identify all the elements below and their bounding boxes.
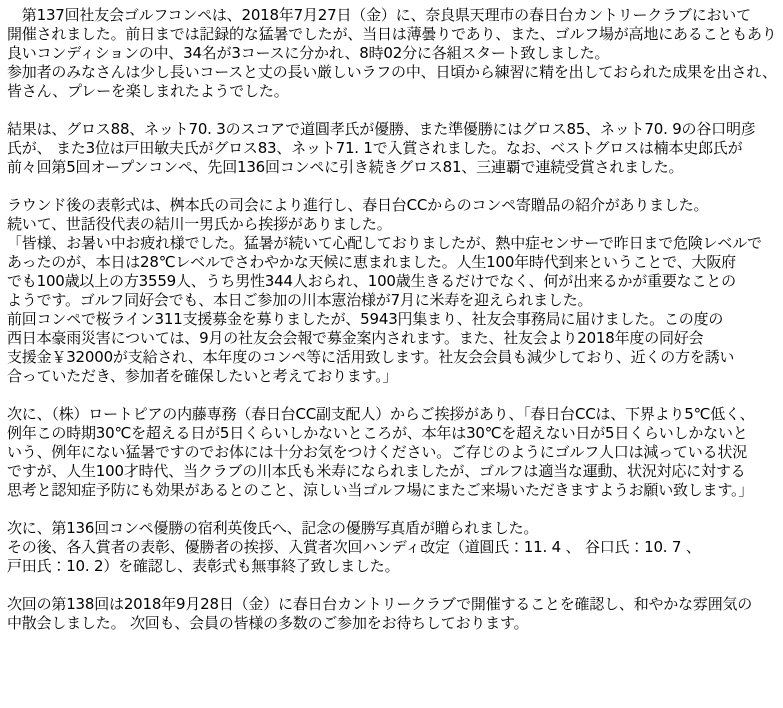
paragraph: 次に、第136回コンペ優勝の宿利英俊氏へ、記念の優勝写真盾が贈られました。その後…: [7, 519, 771, 576]
text-line: ですが、人生100才時代、当クラブの川本氏も米寿になられましたが、ゴルフは適当な…: [7, 462, 771, 481]
paragraph: 結果は、グロス88、ネット70. 3のスコアで道圓孝氏が優勝、また準優勝にはグロ…: [7, 120, 771, 177]
text-line: 氏が、 また3位は戸田敏夫氏がグロス83、ネット71. 1で入賞されました。なお…: [7, 139, 771, 158]
text-line: 第137回社友会ゴルフコンペは、2018年7月27日（金）に、奈良県天理市の春日…: [7, 6, 771, 25]
text-line: 戸田氏：10. 2）を確認し、表彰式も無事終了致しました。: [7, 557, 771, 576]
paragraph: ラウンド後の表彰式は、桝本氏の司会により進行し、春日台CCからのコンペ寄贈品の紹…: [7, 196, 771, 386]
text-line: 開催されました。前日までは記録的な猛暑でしたが、当日は薄曇りであり、また、ゴルフ…: [7, 25, 771, 44]
text-line: 「皆様、お暑い中お疲れ様でした。猛暑が続いて心配しておりましたが、熱中症センサー…: [7, 234, 771, 253]
text-line: でも100歳以上の方3559人、うち男性344人おられ、100歳生きるだけでなく…: [7, 272, 771, 291]
text-line: あったのが、本日は28℃レベルでさわやかな天候に恵まれました。人生100年時代到…: [7, 253, 771, 272]
text-line: 合っていただき、参加者を確保したいと考えております。」: [7, 367, 771, 386]
text-line: 次に、第136回コンペ優勝の宿利英俊氏へ、記念の優勝写真盾が贈られました。: [7, 519, 771, 538]
text-line: 次回の第138回は2018年9月28日（金）に春日台カントリークラブで開催するこ…: [7, 595, 771, 614]
text-line: 続いて、世話役代表の結川一男氏から挨拶がありました。: [7, 215, 771, 234]
text-line: 前々回第5回オープンコンペ、先回136回コンペに引き続きグロス81、三連覇で連続…: [7, 158, 771, 177]
text-line: その後、各入賞者の表彰、優勝者の挨拶、入賞者次回ハンディ改定（道圓氏：11. 4…: [7, 538, 771, 557]
text-line: 結果は、グロス88、ネット70. 3のスコアで道圓孝氏が優勝、また準優勝にはグロ…: [7, 120, 771, 139]
text-line: 例年この時期30℃を超える日が5日くらいしかないところが、本年は30℃を超えない…: [7, 424, 771, 443]
text-line: ラウンド後の表彰式は、桝本氏の司会により進行し、春日台CCからのコンペ寄贈品の紹…: [7, 196, 771, 215]
paragraph: 次回の第138回は2018年9月28日（金）に春日台カントリークラブで開催するこ…: [7, 595, 771, 633]
text-line: ようです。ゴルフ同好会でも、本日ご参加の川本憲治様が7月に米寿を迎えられました。: [7, 291, 771, 310]
text-line: 皆さん、プレーを楽しまれたようでした。: [7, 82, 771, 101]
document-body: 第137回社友会ゴルフコンペは、2018年7月27日（金）に、奈良県天理市の春日…: [7, 6, 771, 633]
document-page: 第137回社友会ゴルフコンペは、2018年7月27日（金）に、奈良県天理市の春日…: [0, 0, 783, 708]
text-line: 西日本豪雨災害については、9月の社友会会報で募金案内されます。また、社友会より2…: [7, 329, 771, 348]
text-line: いう、例年にない猛暑ですのでお体には十分お気をつけください。ご存じのようにゴルフ…: [7, 443, 771, 462]
paragraph: 次に、（株）ロートピアの内藤専務（春日台CC副支配人）からご挨拶があり、「春日台…: [7, 405, 771, 500]
text-line: 中散会しました。 次回も、会員の皆様の多数のご参加をお待ちしております。: [7, 614, 771, 633]
text-line: 次に、（株）ロートピアの内藤専務（春日台CC副支配人）からご挨拶があり、「春日台…: [7, 405, 771, 424]
paragraph: 第137回社友会ゴルフコンペは、2018年7月27日（金）に、奈良県天理市の春日…: [7, 6, 771, 101]
text-line: 良いコンディションの中、34名が3コースに分かれ、8時02分に各組スタート致しま…: [7, 44, 771, 63]
text-line: 思考と認知症予防にも効果があるとのこと、涼しい当ゴルフ場にまたご来場いただきます…: [7, 481, 771, 500]
text-line: 前回コンペで桜ライン311支援募金を募りましたが、5943円集まり、社友会事務局…: [7, 310, 771, 329]
text-line: 支援金￥32000が支給され、本年度のコンペ等に活用致します。社友会会員も減少し…: [7, 348, 771, 367]
text-line: 参加者のみなさんは少し長いコースと丈の長い厳しいラフの中、日頃から練習に精を出し…: [7, 63, 771, 82]
